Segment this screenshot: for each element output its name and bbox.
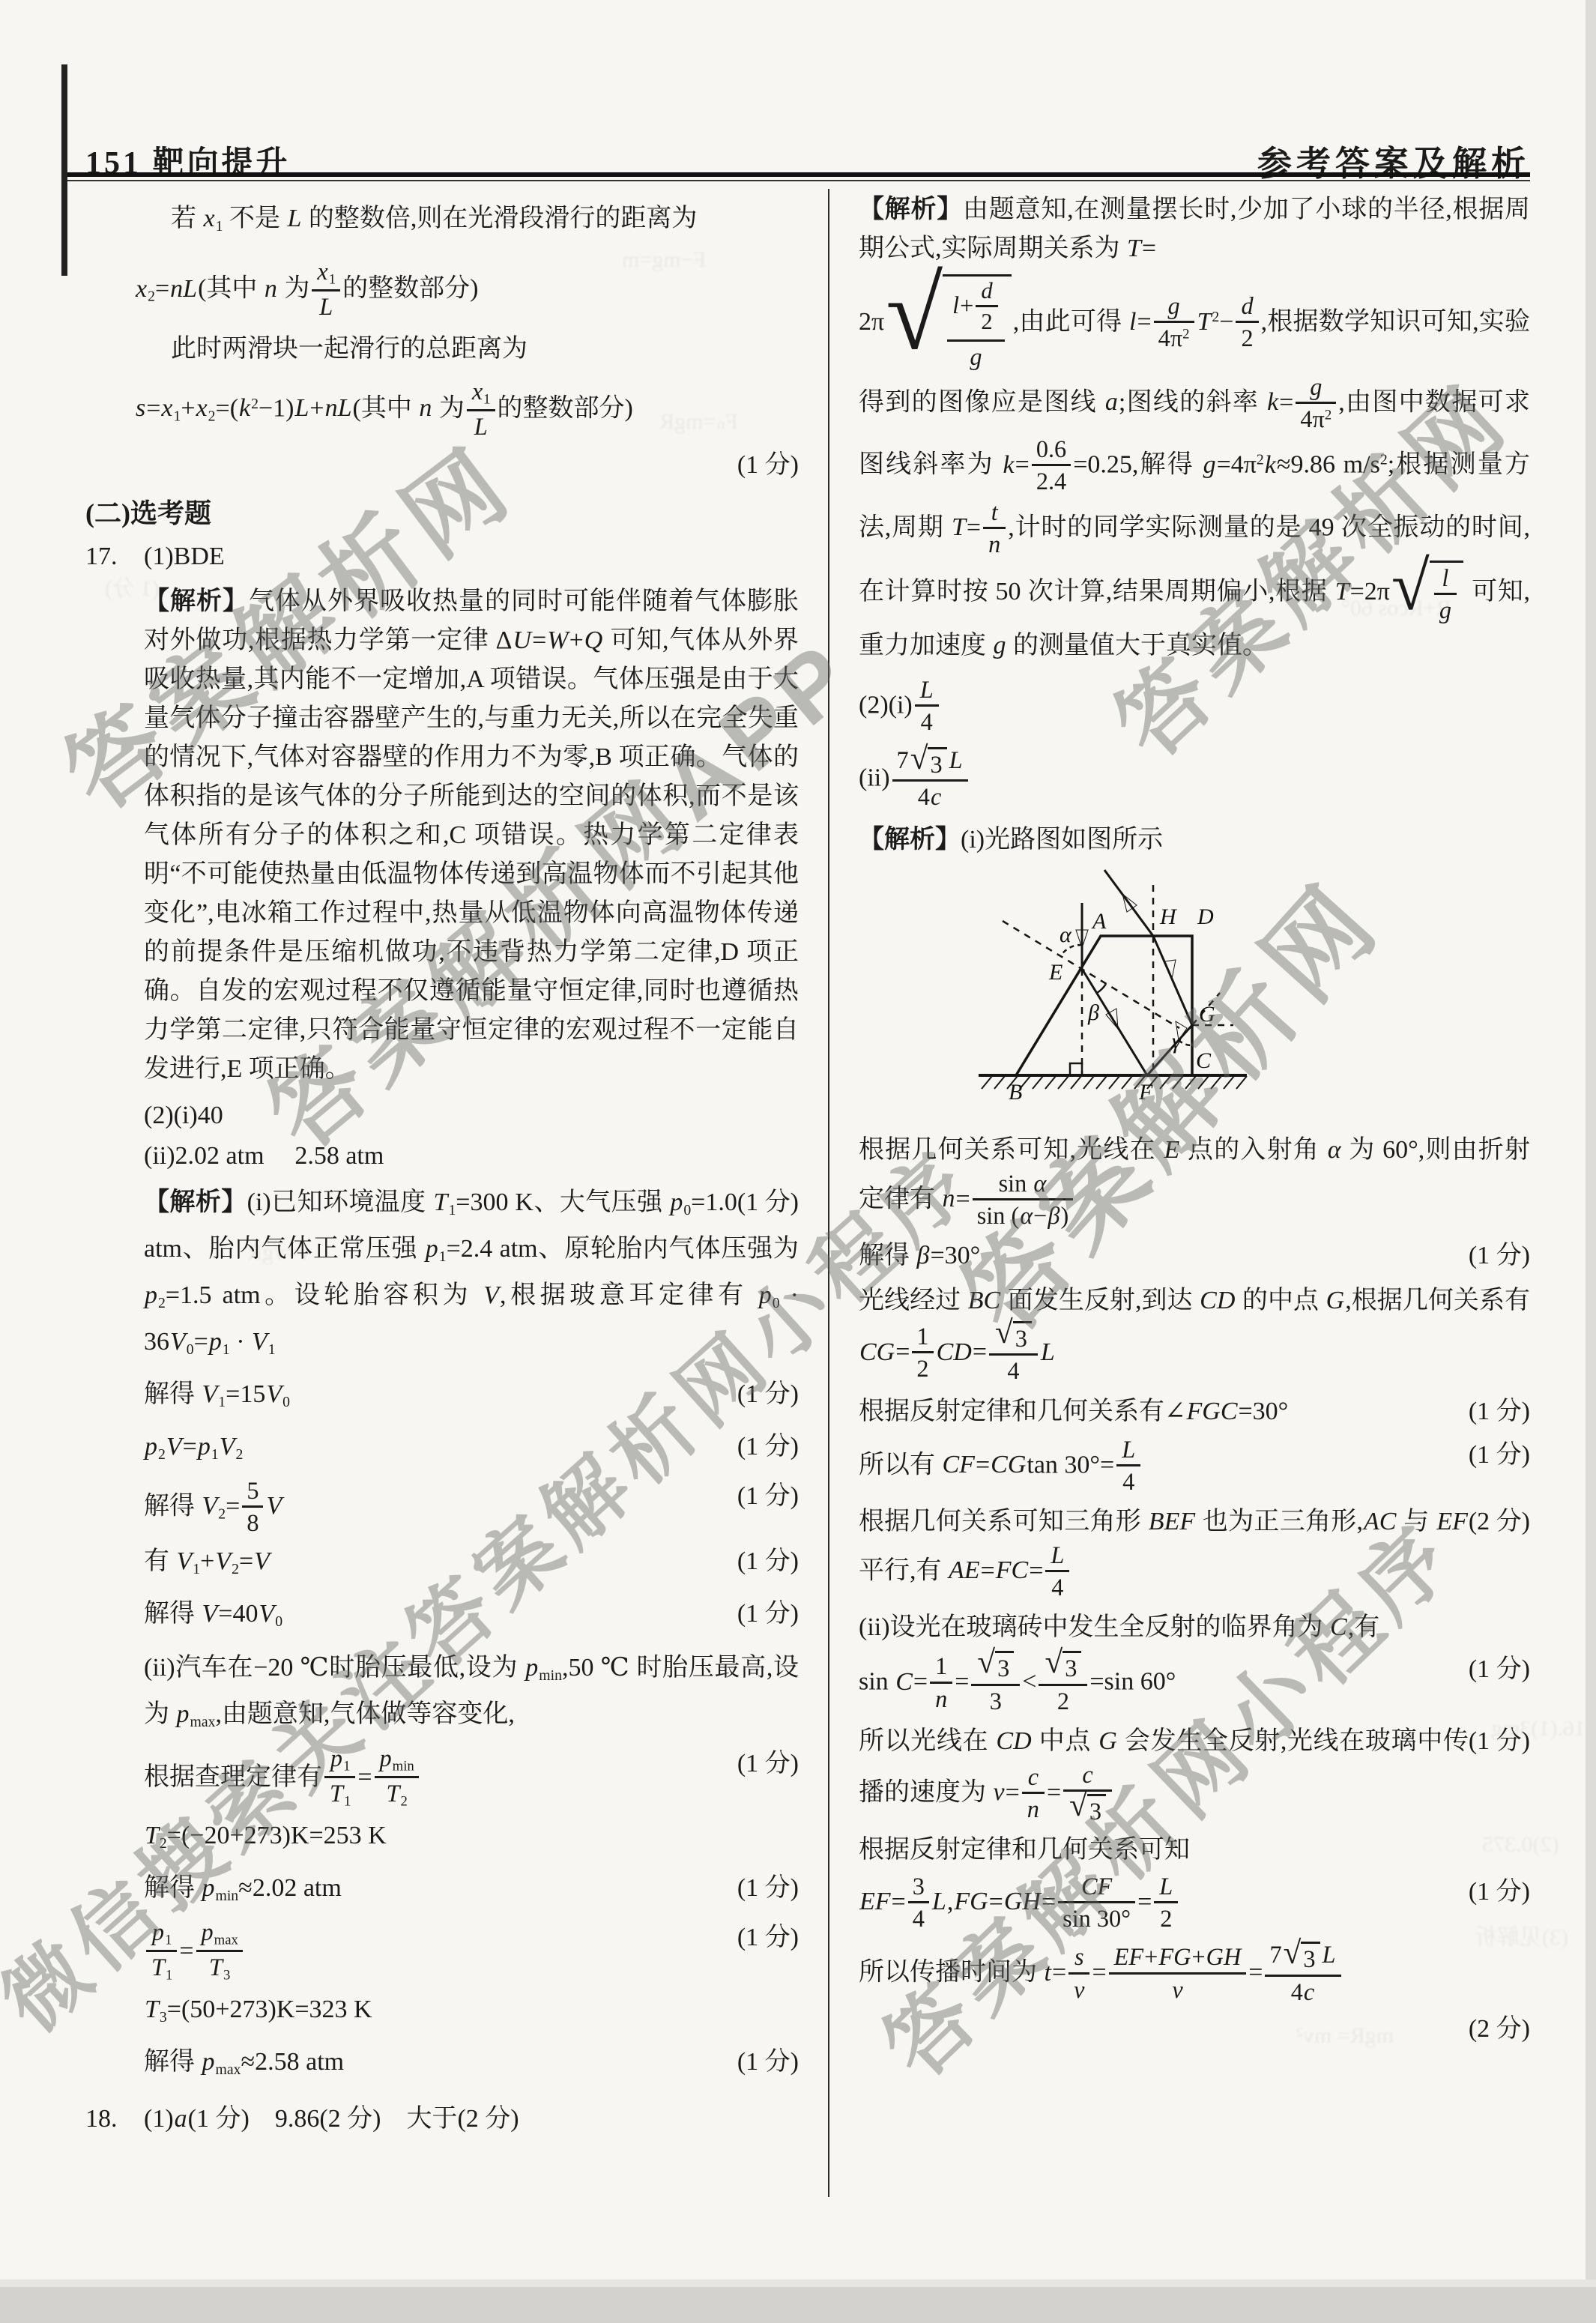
text-token: ≈2.58 atm	[241, 2048, 344, 2076]
text-token: 2	[981, 309, 992, 334]
text-token: p	[202, 2048, 216, 2076]
text-token: 的整数部分)	[342, 275, 478, 303]
text-token: (其中	[353, 394, 419, 422]
text-token: n	[1027, 1795, 1040, 1822]
text-token: =	[956, 1185, 970, 1212]
text-token: =	[532, 626, 546, 654]
text-token: 2	[158, 1295, 166, 1311]
diagram-label-G: G	[1199, 1002, 1215, 1027]
text-token: a	[1104, 388, 1119, 416]
text-token: L	[949, 746, 964, 773]
formula-line: (ii)7√3L4c	[859, 746, 1530, 813]
text-token: E	[227, 1055, 243, 1083]
column-divider	[828, 189, 829, 2197]
formula-line: T2=(−20+273)K=253 K	[144, 1816, 799, 1863]
text-token: 50 ℃	[568, 1654, 629, 1682]
text-line: 此时两滑块一起滑行的总距离为	[145, 330, 799, 369]
text-token: k	[1003, 451, 1015, 479]
text-token: CF	[942, 1451, 976, 1478]
text-token: 2	[1241, 324, 1253, 351]
text-token: 、胎内气体正常压强	[182, 1235, 425, 1263]
text-token: 若	[171, 205, 203, 232]
diagram-label-C: C	[1196, 1048, 1212, 1073]
text-token: D	[720, 938, 739, 966]
fraction: CFsin 30°	[1058, 1873, 1135, 1932]
text-token: 2π	[859, 308, 884, 336]
text-token: =	[155, 275, 169, 303]
text-token: (2)(i)	[144, 1102, 198, 1129]
formula-line: T3=(50+273)K=323 K	[144, 1990, 799, 2037]
fraction: c√3	[1063, 1761, 1112, 1825]
text-token: 的整数倍,则在光滑段滑行的距离为	[302, 205, 697, 232]
text-token: 、大气压强	[533, 1188, 669, 1216]
text-token: T	[951, 513, 967, 541]
text-token: p	[201, 1918, 214, 1945]
text-token: p	[379, 1744, 393, 1771]
text-token: 1	[216, 218, 223, 235]
text-token: 3	[930, 751, 942, 778]
score-badge: (1 分)	[1469, 1436, 1530, 1475]
text-token: d	[980, 278, 993, 303]
text-token: 面发生反射,到达	[1001, 1287, 1199, 1314]
text-token: s	[135, 394, 146, 422]
text-token: =4π	[1217, 451, 1257, 479]
text-token: 【解析】	[144, 587, 249, 615]
text-token: ≈2.02 atm	[238, 1874, 342, 1902]
text-token: =	[1052, 1959, 1066, 1987]
text-token: nL	[169, 275, 198, 303]
text-token: =	[179, 1937, 193, 1965]
text-line: 【解析】(i)光路图如图所示	[859, 821, 1530, 860]
text-token: EF	[1436, 1508, 1469, 1535]
fraction: 12	[912, 1323, 933, 1382]
text-token: FC	[995, 1556, 1029, 1584]
text-token: 解得	[144, 1600, 202, 1628]
text-token: L	[919, 676, 934, 703]
text-token: 2.58 atm	[294, 1142, 384, 1170]
text-token: BC	[967, 1287, 1001, 1314]
text-token: =	[226, 1492, 240, 1520]
text-token: 2	[158, 1446, 166, 1463]
text-token: 为	[432, 394, 465, 422]
text-token: 解得	[144, 1874, 202, 1902]
text-token: BDE	[174, 543, 225, 570]
text-token: V	[265, 1380, 282, 1408]
text-token: G	[1098, 1727, 1118, 1755]
text-token: 3	[990, 1688, 1002, 1715]
text-line: (2)(i)40	[144, 1096, 799, 1135]
text-token: ·	[230, 1328, 251, 1356]
text-token: β	[916, 1242, 931, 1269]
score-badge: (1 分)	[737, 1428, 799, 1466]
text-token: 所以光线在	[859, 1727, 995, 1755]
text-token: t	[991, 498, 999, 525]
radical: √l+d2g	[886, 274, 1012, 373]
text-token: 、原轮胎内气体压强为	[538, 1235, 799, 1263]
text-token: 2	[232, 1561, 239, 1577]
text-token: 。设轮胎容积为	[261, 1281, 483, 1309]
formula-line: (1 分)解得 V=40V0	[144, 1595, 799, 1641]
diagram-label-D: D	[1197, 904, 1214, 929]
text-token: L	[1322, 1941, 1337, 1968]
text-token: =15	[226, 1380, 265, 1408]
text-token: (2 分)	[1469, 2015, 1530, 2043]
text-token: 【解析】	[859, 196, 963, 223]
score-badge: (1 分)	[1469, 1392, 1530, 1431]
diagram-label-A: A	[1091, 909, 1107, 934]
text-token: 3	[1089, 1798, 1101, 1825]
text-token: 2	[1057, 1688, 1069, 1715]
text-token: V	[253, 1547, 270, 1575]
text-token: (其中	[198, 275, 264, 303]
text-token: =2.4 atm	[447, 1235, 538, 1263]
text-token: 7	[897, 746, 909, 773]
formula-line: (1 分)sin C=1n=√33<√32=sin 60°	[859, 1650, 1530, 1717]
text-token: V	[483, 1281, 500, 1309]
text-token: n	[934, 1685, 948, 1712]
score-badge: (1 分)	[737, 1375, 799, 1414]
fraction: sin αsin (α−β)	[973, 1170, 1074, 1229]
text-token: =sin 60°	[1089, 1668, 1176, 1696]
text-token: −	[1033, 1202, 1047, 1229]
text-line: (ii)设光在玻璃砖中发生全反射的临界角为 C,有	[859, 1608, 1530, 1647]
text-token: 4	[913, 1905, 925, 1932]
text-token: 3	[997, 1655, 1009, 1682]
text-token: CD	[995, 1727, 1032, 1755]
text-token: 1	[343, 1758, 350, 1774]
left-column: 若 x1 不是 L 的整数倍,则在光滑段滑行的距离为x2=nL(其中 n 为x1…	[85, 189, 799, 2139]
fraction: x1L	[467, 378, 495, 441]
text-token: L	[1050, 1541, 1065, 1568]
text-token: n	[418, 394, 432, 422]
text-token: C	[1329, 1613, 1348, 1641]
text-token: V	[176, 1547, 193, 1575]
text-token: 1	[193, 1561, 200, 1577]
text-token: AC	[1363, 1508, 1397, 1535]
text-token: (i)光路图如图所示	[961, 826, 1163, 854]
text-token: 0	[187, 1341, 194, 1358]
text-token: v	[1171, 1976, 1183, 2003]
text-token: Q	[584, 626, 604, 654]
text-token: x	[135, 275, 148, 303]
page-header-right: 参考答案及解析	[1257, 136, 1530, 186]
text-token: =	[1092, 1959, 1106, 1987]
radical: √lg	[1391, 561, 1463, 626]
text-token: V	[219, 1433, 236, 1460]
text-token: =40	[218, 1600, 258, 1628]
text-token: CF	[1080, 1873, 1113, 1900]
text-token: x	[160, 394, 173, 422]
text-token: 的整数部分)	[498, 394, 633, 422]
text-token: =	[955, 1668, 969, 1696]
text-token: AE	[948, 1556, 981, 1584]
text-token: 3	[1303, 1945, 1315, 1972]
text-token: +	[569, 626, 584, 654]
text-token: g	[1203, 451, 1217, 479]
formula-line: (1 分)p1T1=pmaxT3	[144, 1918, 799, 1987]
text-token: 2	[1160, 1905, 1172, 1932]
text-token: 4π	[1158, 324, 1182, 351]
text-token: p	[202, 1874, 216, 1902]
text-token: V	[166, 1433, 183, 1460]
score-badge: (1 分)	[737, 1542, 799, 1581]
text-token: 2	[1325, 408, 1331, 423]
text-token: FG	[1158, 1943, 1191, 1970]
fraction: 7√3L4c	[1265, 1941, 1340, 2005]
text-token: v	[1073, 1976, 1085, 2003]
text-token: tan 30°=	[1027, 1451, 1114, 1478]
text-token: T	[1334, 578, 1350, 605]
score-badge: (1 分)	[1469, 1873, 1530, 1912]
text-line: (ii)汽车在−20 ℃时胎压最低,设为 pmin,50 ℃ 时胎压最高,设为 …	[144, 1649, 799, 1742]
text-line: 若 x1 不是 L 的整数倍,则在光滑段滑行的距离为	[145, 199, 799, 246]
text-token: 光线经过	[859, 1287, 967, 1314]
fraction: √33	[971, 1650, 1020, 1714]
text-token: sin	[859, 1668, 895, 1696]
text-token: 【解析】	[859, 826, 961, 854]
text-token: 2	[1380, 452, 1388, 468]
text-token: 9.86	[275, 2105, 320, 2133]
text-token: =	[1142, 235, 1156, 262]
diagram-label-H: H	[1159, 904, 1178, 929]
text-token: T	[208, 1954, 223, 1981]
score-badge: (1 分)	[1469, 1650, 1530, 1689]
item-number: 17.	[85, 537, 118, 576]
text-line: 18.(1)a(1 分)9.86(2 分)大于(2 分)	[144, 2100, 799, 2139]
right-column: 【解析】由题意知,在测量摆长时,少加了小球的半径,根据周期公式,实际周期关系为 …	[859, 180, 1530, 2049]
text-token: 40	[198, 1102, 223, 1129]
text-token: L	[1040, 1338, 1056, 1366]
text-token: =(50+273)K=323 K	[167, 1996, 372, 2023]
text-token: 4	[1051, 1574, 1063, 1601]
formula-line: (1 分)有 V1+V2=V	[144, 1542, 799, 1589]
text-token: (1 分)	[737, 451, 799, 479]
text-token: =300 K	[456, 1188, 533, 1216]
text-token: ,根据玻意耳定律有	[500, 1281, 758, 1309]
text-token: 2	[148, 288, 155, 304]
text-token: +	[200, 1547, 214, 1575]
text-token: c	[1027, 1763, 1039, 1790]
fraction: L4	[1045, 1541, 1069, 1601]
fraction: √32	[1039, 1650, 1087, 1714]
text-token: C	[450, 821, 467, 849]
ray-GH	[1153, 936, 1192, 1025]
text-token: ,由此可得	[1013, 308, 1128, 336]
text-token: k	[238, 394, 251, 422]
fraction: p1T1	[146, 1918, 177, 1984]
text-token: 与	[1397, 1508, 1436, 1535]
text-token: 7	[1269, 1941, 1281, 1968]
text-token: −	[1219, 308, 1233, 336]
text-token: ,根据几何关系有	[1345, 1287, 1530, 1314]
text-token: x	[196, 394, 208, 422]
text-token: −20 ℃	[253, 1654, 329, 1682]
text-token: c	[1303, 1978, 1315, 2005]
text-token: T	[144, 1822, 160, 1849]
text-token: s	[1074, 1943, 1085, 1970]
text-token: =	[194, 1328, 208, 1356]
text-token: V	[169, 1328, 187, 1356]
text-token: v	[993, 1778, 1006, 1806]
fraction: l+d2g	[947, 278, 1005, 370]
text-token: L	[931, 1888, 947, 1915]
formula-line: (2)(i)L4	[859, 676, 1530, 738]
text-token: A	[466, 665, 483, 693]
fraction: √34	[989, 1320, 1038, 1384]
text-token: CG	[859, 1338, 895, 1366]
formula-line: (1 分)p2V=p1V2	[144, 1428, 799, 1474]
text-token: 解得	[144, 1380, 202, 1408]
text-token: GH	[1003, 1888, 1042, 1915]
text-token: U	[513, 626, 533, 654]
text-token: 2	[218, 1505, 226, 1522]
formula-line: (1 分)根据反射定律和几何关系有∠FGC=30°	[859, 1392, 1530, 1431]
text-token: ,有	[1348, 1613, 1380, 1641]
text-token: p	[758, 1281, 773, 1309]
text-token: p	[151, 1918, 165, 1945]
text-line: (ii)2.02 atm2.58 atm	[144, 1137, 799, 1176]
text-token: k	[1266, 388, 1279, 416]
diagram-label-F: F	[1138, 1080, 1153, 1105]
text-token: 0.6	[1036, 435, 1066, 462]
text-token: =	[1279, 388, 1293, 416]
radical: √3	[1284, 1942, 1320, 1972]
text-token: 2	[1257, 452, 1264, 468]
text-token: +	[1191, 1943, 1205, 1970]
text-line: 光线经过 BC 面发生反射,到达 CD 的中点 G,根据几何关系有 CG=12C…	[859, 1281, 1530, 1387]
text-token: +	[309, 394, 324, 422]
text-token: =	[989, 1888, 1003, 1915]
text-token: 2	[1212, 309, 1219, 325]
text-token: 所以有	[859, 1451, 942, 1478]
text-token: =	[1248, 1959, 1263, 1987]
text-token: 3	[1065, 1655, 1077, 1682]
fraction: lg	[1434, 564, 1457, 623]
text-token: 所以传播时间为	[859, 1959, 1044, 1987]
radical: √3	[977, 1651, 1014, 1682]
text-token: ,解得	[1132, 451, 1203, 479]
text-token: 根据查理定律有	[144, 1763, 322, 1791]
text-token: 0	[282, 1394, 290, 1410]
text-token: CD	[1199, 1287, 1236, 1314]
text-token: p	[425, 1235, 439, 1263]
formula-line: (1 分)解得 V2=58V	[144, 1477, 799, 1539]
text-token: 3	[160, 2009, 167, 2026]
text-token: g	[1167, 292, 1181, 319]
text-token: =1.5 atm	[166, 1281, 261, 1309]
text-token: max	[190, 1714, 216, 1730]
text-token: =	[976, 1451, 990, 1478]
text-token: sin (	[977, 1202, 1020, 1229]
diagram-slot: AHDαEGβγCBF	[956, 864, 1530, 1123]
text-token: t	[1044, 1959, 1052, 1987]
score-badge: (1 分)	[737, 2043, 799, 2082]
scan-bottom-shadow	[0, 2280, 1596, 2287]
text-token: g	[1309, 373, 1323, 400]
diagram-label-β: β	[1087, 1000, 1099, 1025]
text-token: 4	[918, 783, 930, 810]
text-token: 1	[166, 1968, 172, 1984]
radical: √3	[910, 747, 947, 778]
text-token: =	[146, 394, 160, 422]
text-token: 点的入射角	[1180, 1136, 1326, 1164]
text-token: =	[183, 1433, 197, 1460]
text-token: (2 分)	[319, 2105, 381, 2133]
text-token: +	[1144, 1943, 1158, 1970]
text-token: k	[1264, 451, 1277, 479]
text-token: sin	[999, 1170, 1033, 1197]
exit-ray	[1104, 870, 1153, 936]
score-badge: (1 分)	[1469, 1722, 1530, 1761]
text-token: n	[942, 1185, 956, 1212]
text-token: (1)	[144, 2105, 174, 2133]
text-token: EF	[1113, 1943, 1144, 1970]
fraction: 7√3L4c	[892, 746, 968, 810]
text-line: 2π√l+d2g,由此可得 l=g4π2T2−d2,根据数学知识可知,实验得到的…	[859, 274, 1530, 665]
text-token: =0.25	[1073, 451, 1132, 479]
text-line: 根据几何关系可知,光线在 E 点的入射角 α 为 60°,则由折射定律有 n=s…	[859, 1131, 1530, 1232]
text-line: (二)选考题	[85, 494, 799, 533]
text-token: 根据反射定律和几何关系有	[859, 1398, 1164, 1425]
fraction: pminT2	[375, 1744, 419, 1810]
text-token: 也为正三角形,	[1196, 1508, 1363, 1535]
text-token: ,由题意知,气体做等容变化,	[215, 1700, 515, 1728]
text-token: 5	[247, 1477, 259, 1504]
text-token: l	[952, 291, 960, 318]
score-badge: (1 分)	[737, 1477, 799, 1516]
text-token: FG	[953, 1888, 988, 1915]
text-token: 4π	[1300, 405, 1324, 432]
text-token: 解得	[144, 2048, 202, 2076]
text-line: (2 分)根据几何关系可知三角形 BEF 也为正三角形,AC 与 EF 平行,有…	[859, 1502, 1530, 1604]
text-token: (i)已知环境温度	[247, 1188, 433, 1216]
text-token: G	[1326, 1287, 1346, 1314]
text-token: =(	[216, 394, 239, 422]
fraction: tn	[983, 498, 1006, 558]
text-token: GH	[1206, 1943, 1242, 1970]
formula-line: (1 分)所以有 CF=CGtan 30°=L4	[859, 1436, 1530, 1498]
text-token: (ii)汽车在	[144, 1654, 253, 1682]
text-token: p	[330, 1744, 343, 1771]
text-token: EF	[859, 1888, 892, 1915]
text-token: V	[214, 1547, 232, 1575]
text-token: n	[988, 531, 1001, 558]
text-token: =30°	[930, 1242, 980, 1269]
score-badge: (1 分)	[737, 1595, 799, 1634]
text-token: g	[969, 343, 982, 370]
text-token: α	[1327, 1136, 1342, 1164]
text-token: L	[474, 413, 489, 440]
text-token: 的测量值大于真实值。	[1007, 632, 1269, 659]
formula-line: (1 分)解得 V1=15V0	[144, 1375, 799, 1422]
text-token: 1	[218, 1394, 226, 1410]
text-token: =	[981, 1556, 995, 1584]
text-token: max	[216, 2061, 241, 2078]
text-token: 3	[223, 1968, 230, 1984]
text-token: 2	[160, 1835, 167, 1852]
text-token: (2)(i)	[859, 692, 913, 719]
text-token: W	[546, 626, 569, 654]
text-line: (1 分)【解析】(i)已知环境温度 T1=300 K、大气压强 p0=1.0 …	[144, 1183, 799, 1369]
text-token: =	[357, 1763, 372, 1791]
score-badge: (1 分)	[737, 1183, 799, 1222]
text-token: 1	[935, 1652, 947, 1679]
text-token: α	[1019, 1202, 1033, 1229]
text-token: g	[1439, 596, 1452, 623]
text-token: L	[294, 394, 309, 422]
score-badge: (1 分)	[737, 1918, 799, 1957]
text-token: =	[1137, 1888, 1152, 1915]
